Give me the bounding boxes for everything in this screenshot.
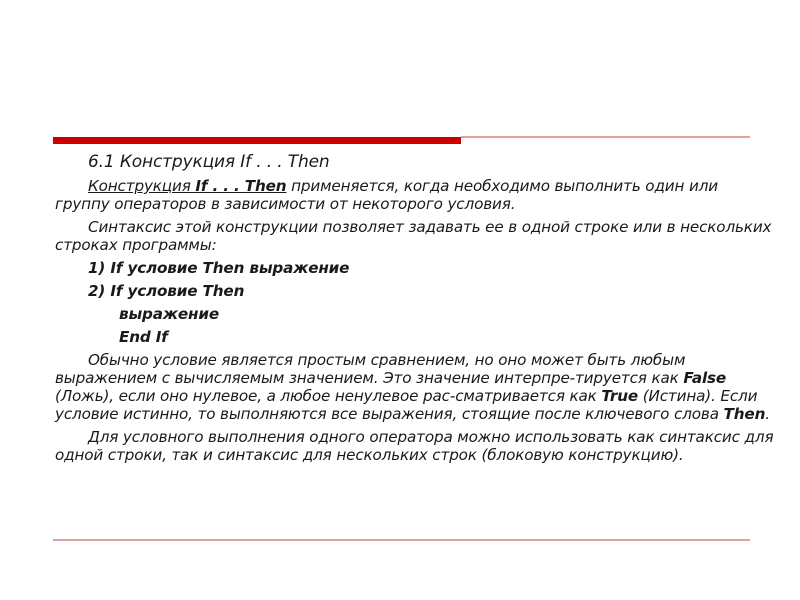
syntax-paragraph: Синтаксис этой конструкции позволяет зад…: [55, 218, 775, 254]
section-title: 6.1 Конструкция If . . . Then: [55, 151, 775, 173]
intro-lead: Конструкция: [88, 177, 195, 195]
code-line-2: 2) If условие Then: [55, 282, 775, 300]
intro-paragraph: Конструкция If . . . Then применяется, к…: [55, 177, 775, 213]
condition-text-1: Обычно условие является простым сравнени…: [55, 351, 685, 387]
condition-paragraph: Обычно условие является простым сравнени…: [55, 351, 775, 423]
header-accent-bar: [53, 137, 461, 144]
slide-content: 6.1 Конструкция If . . . Then Конструкци…: [55, 151, 775, 464]
condition-text-2: (Ложь), если оно нулевое, а любое ненуле…: [55, 387, 601, 405]
condition-text-4: .: [765, 405, 770, 423]
false-keyword: False: [683, 369, 726, 387]
header-divider-line: [461, 136, 750, 138]
code-line-1: 1) If условие Then выражение: [55, 259, 775, 277]
code-line-3: выражение: [55, 305, 775, 323]
then-keyword: Then: [724, 405, 766, 423]
true-keyword: True: [601, 387, 638, 405]
final-paragraph: Для условного выполнения одного оператор…: [55, 428, 775, 464]
footer-divider-line: [53, 539, 750, 541]
intro-keyword: If . . . Then: [195, 177, 286, 195]
code-line-4: End If: [55, 328, 775, 346]
